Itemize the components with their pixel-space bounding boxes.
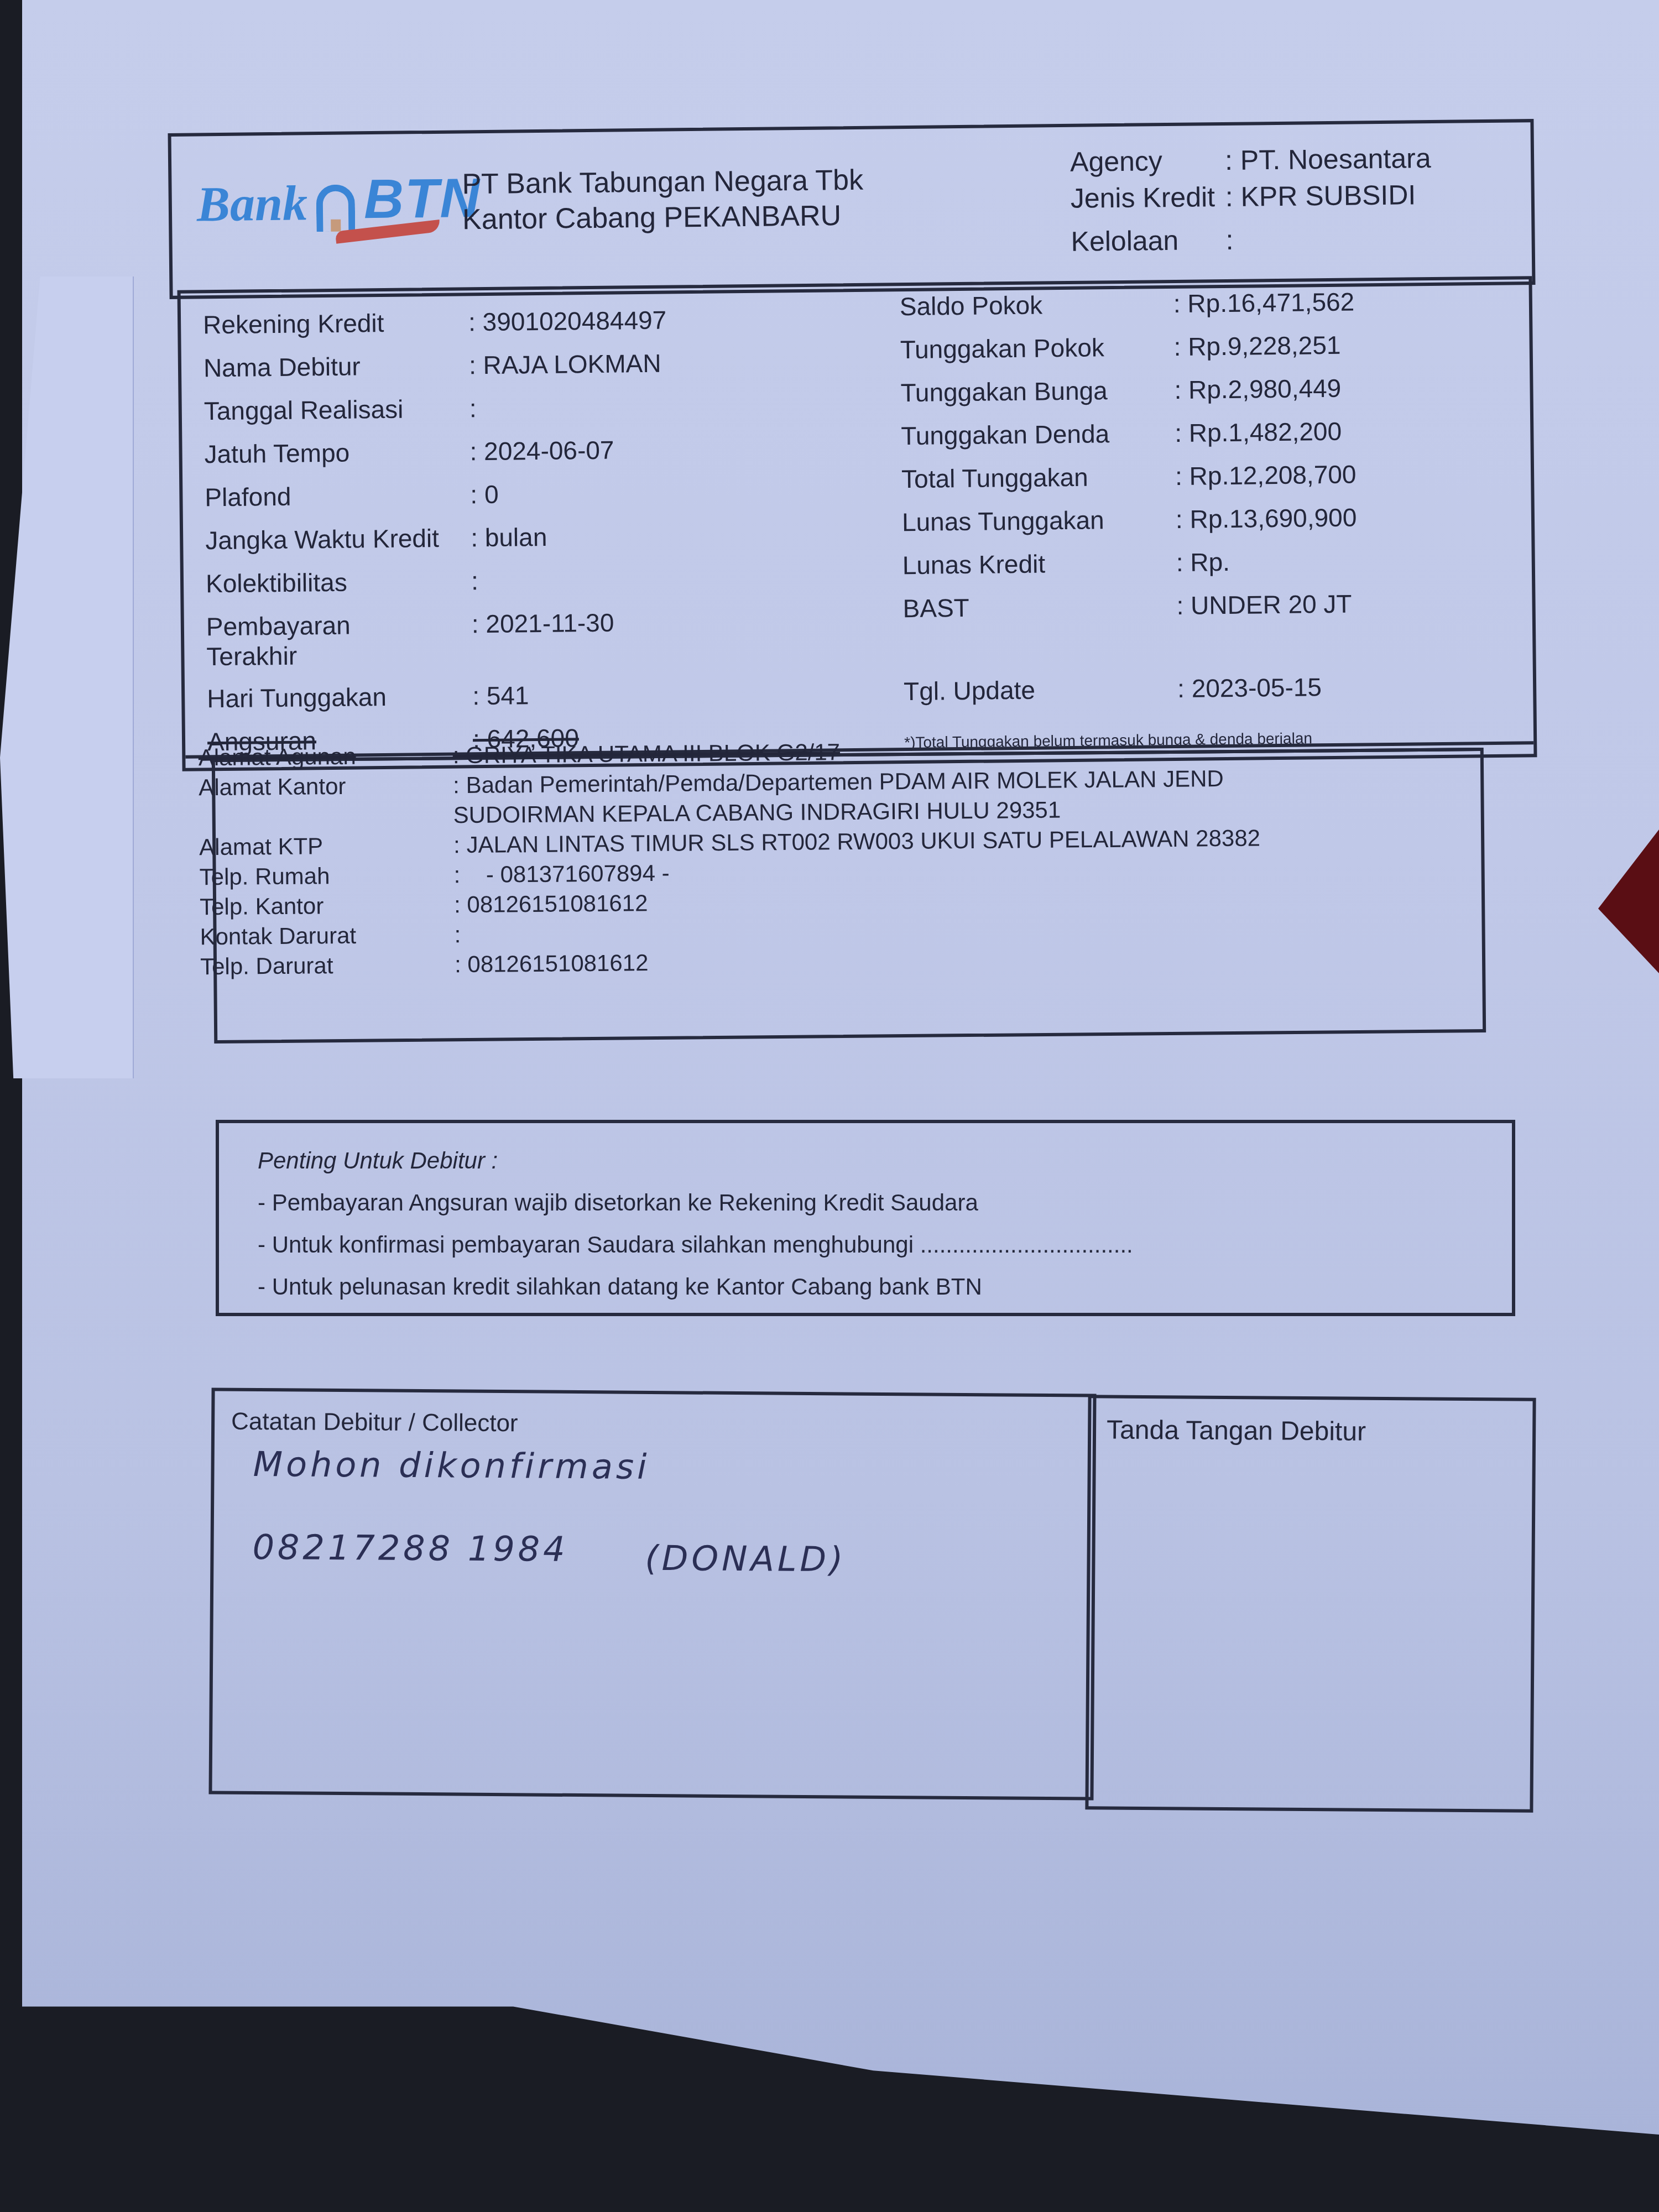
field-label: Nama Debitur: [204, 350, 469, 383]
field-row: Tunggakan Pokok: Rp.9,228,251: [900, 330, 1355, 378]
kelolaan-value: :: [1225, 222, 1234, 258]
field-label: Tgl. Update: [904, 674, 1178, 706]
kelolaan-label: Kelolaan: [1071, 222, 1226, 260]
field-row: Tanggal Realisasi:: [204, 392, 668, 440]
field-value: : 2021-11-30: [472, 608, 614, 639]
field-value: : Rp.9,228,251: [1173, 330, 1340, 362]
field-row: Tgl. Update: 2023-05-15: [904, 672, 1359, 720]
field-value: : - 081371607894 -: [453, 858, 669, 890]
field-value: : Rp.: [1176, 547, 1230, 577]
field-row: Total Tunggakan: Rp.12,208,700: [901, 460, 1357, 508]
field-label: Telp. Darurat: [200, 950, 455, 982]
field-value: : 541: [472, 680, 529, 711]
notice-item: - Pembayaran Angsuran wajib disetorkan k…: [258, 1182, 1133, 1224]
field-label: Jangka Waktu Kredit: [205, 523, 471, 555]
notice-content: Penting Untuk Debitur : - Pembayaran Ang…: [258, 1140, 1133, 1308]
field-label: Telp. Rumah: [199, 860, 453, 892]
notice-title: Penting Untuk Debitur :: [258, 1140, 1133, 1182]
field-label: Tunggakan Denda: [901, 418, 1175, 451]
field-label: Alamat Agunan: [199, 740, 453, 773]
field-row: Lunas Kredit: Rp.: [902, 546, 1358, 594]
notes-title: Catatan Debitur / Collector: [231, 1408, 518, 1438]
handwritten-phone: 08217288 1984: [252, 1527, 568, 1569]
field-label: Hari Tunggakan: [207, 681, 473, 713]
field-label: Saldo Pokok: [900, 289, 1174, 321]
agency-label: Agency: [1070, 142, 1225, 180]
field-row: Tunggakan Bunga: Rp.2,980,449: [900, 373, 1355, 421]
field-value: : Rp.12,208,700: [1175, 460, 1357, 491]
field-label: Jatuh Tempo: [204, 436, 470, 469]
field-value: :: [469, 393, 476, 423]
field-value: : Rp.2,980,449: [1174, 373, 1341, 405]
signature-title: Tanda Tangan Debitur: [1107, 1415, 1366, 1447]
field-row: Tunggakan Denda: Rp.1,482,200: [901, 416, 1356, 465]
field-value: : Rp.1,482,200: [1175, 416, 1342, 448]
loan-right-column: Saldo Pokok: Rp.16,471,562 Tunggakan Pok…: [900, 287, 1359, 720]
agency-info: Agency: PT. Noesantara Jenis Kredit: KPR…: [1070, 140, 1432, 260]
field-value: : 08126151081612: [454, 888, 648, 920]
jenis-kredit-row: Jenis Kredit: KPR SUBSIDI: [1070, 176, 1431, 217]
agency-value: : PT. Noesantara: [1225, 140, 1431, 179]
field-label: Alamat KTP: [199, 830, 453, 862]
field-value: : 2024-06-07: [469, 435, 614, 467]
field-value: : RAJA LOKMAN: [469, 348, 661, 380]
loan-left-column: Rekening Kredit: 3901020484497 Nama Debi…: [203, 305, 671, 770]
alamat-kantor-row: Alamat Kantor: Badan Pemerintah/Pemda/De…: [199, 763, 1338, 832]
jenis-kredit-value: : KPR SUBSIDI: [1225, 176, 1416, 215]
company-info: PT Bank Tabungan Negara Tbk Kantor Caban…: [462, 163, 864, 238]
address-fields: Alamat Agunan: GRIYA TIKA UTAMA III BLOK…: [199, 733, 1340, 982]
company-name: PT Bank Tabungan Negara Tbk: [462, 163, 863, 202]
field-row: Hari Tunggakan: 541: [207, 679, 671, 727]
field-label: Kontak Darurat: [200, 920, 454, 952]
field-row: Nama Debitur: RAJA LOKMAN: [204, 348, 667, 397]
field-value: : Rp.13,690,900: [1176, 503, 1357, 534]
field-value: : UNDER 20 JT: [1176, 589, 1352, 620]
field-row: Kolektibilitas:: [206, 564, 670, 612]
field-label: Tunggakan Bunga: [900, 375, 1175, 408]
field-label: Alamat Kantor: [199, 770, 453, 832]
folded-paper-flap: SIDU: [0, 276, 134, 1078]
collector-notes-box: Catatan Debitur / Collector Mohon dikonf…: [208, 1387, 1096, 1800]
field-label: Plafond: [205, 479, 471, 512]
field-row: BAST: UNDER 20 JT: [902, 589, 1358, 677]
field-row: Pembayaran Terakhir: 2021-11-30: [206, 607, 670, 684]
field-row: Jangka Waktu Kredit: bulan: [205, 521, 669, 569]
notice-item: - Untuk pelunasan kredit silahkan datang…: [258, 1266, 1133, 1308]
logo-bank-text: Bank: [196, 175, 307, 233]
field-value: : 08126151081612: [455, 948, 649, 979]
field-label: Tunggakan Pokok: [900, 332, 1174, 364]
field-row: Jatuh Tempo: 2024-06-07: [204, 435, 668, 483]
field-value: : Rp.16,471,562: [1173, 287, 1355, 319]
field-label: BAST: [902, 591, 1177, 623]
address-box: Alamat Agunan: GRIYA TIKA UTAMA III BLOK…: [212, 748, 1486, 1044]
field-row: Plafond: 0: [205, 478, 669, 526]
handwritten-name: (DONALD): [645, 1538, 847, 1580]
field-label: Tanggal Realisasi: [204, 393, 470, 426]
branch-name: Kantor Cabang PEKANBARU: [462, 198, 864, 238]
kelolaan-row: Kelolaan:: [1071, 220, 1432, 260]
field-label: Kolektibilitas: [206, 566, 472, 598]
field-value: :: [471, 566, 478, 596]
jenis-kredit-label: Jenis Kredit: [1070, 179, 1225, 217]
signature-box: Tanda Tangan Debitur: [1085, 1395, 1536, 1813]
field-label: Pembayaran Terakhir: [206, 609, 417, 671]
field-value: : 2023-05-15: [1177, 672, 1322, 703]
field-value: : 0: [470, 479, 499, 510]
field-label: Lunas Tunggakan: [902, 504, 1176, 537]
header-box: Bank BTN PT Bank Tabungan Negara Tbk Kan…: [168, 119, 1535, 299]
field-label: Rekening Kredit: [203, 307, 469, 340]
field-label: Lunas Kredit: [902, 547, 1177, 580]
field-label: Telp. Kantor: [200, 890, 454, 922]
field-value: : 3901020484497: [468, 305, 667, 337]
loan-details-box: Rekening Kredit: 3901020484497 Nama Debi…: [178, 276, 1537, 771]
field-value: : bulan: [471, 522, 547, 552]
notice-box: Penting Untuk Debitur : - Pembayaran Ang…: [216, 1120, 1515, 1316]
field-value: : GRIYA TIKA UTAMA III BLOK G2/17: [453, 737, 841, 770]
handwritten-note: Mohon dikonfirmasi: [253, 1444, 650, 1487]
field-value: : Badan Pemerintah/Pemda/Departemen PDAM…: [453, 763, 1338, 830]
field-label: Total Tunggakan: [901, 461, 1176, 494]
field-row: Lunas Tunggakan: Rp.13,690,900: [902, 503, 1357, 551]
field-row: Saldo Pokok: Rp.16,471,562: [900, 287, 1355, 335]
house-icon: [316, 184, 356, 232]
agency-row: Agency: PT. Noesantara: [1070, 140, 1431, 180]
field-row: Rekening Kredit: 3901020484497: [203, 305, 667, 353]
notice-item: - Untuk konfirmasi pembayaran Saudara si…: [258, 1224, 1133, 1266]
field-value: :: [454, 920, 461, 950]
